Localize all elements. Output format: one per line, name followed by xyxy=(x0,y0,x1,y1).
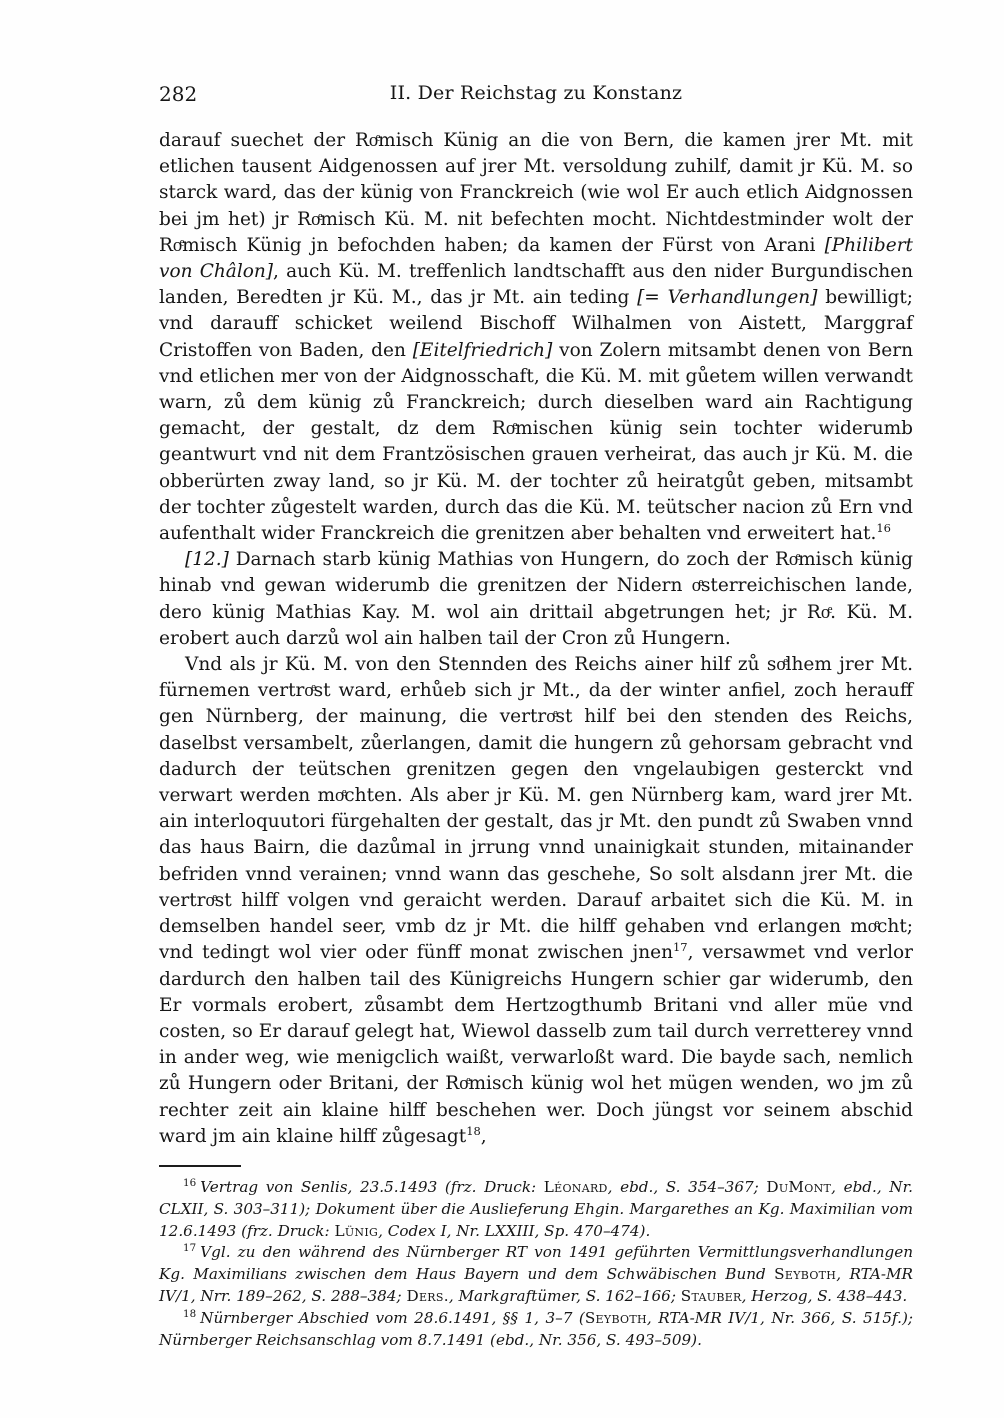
footnote-ref-18: 18 xyxy=(466,1124,481,1138)
footnote-text: , ebd., S. 354–367; xyxy=(608,1178,767,1196)
section-marker: [12.] xyxy=(185,549,229,570)
footnote-separator-rule xyxy=(159,1165,241,1167)
text-segment: Vnd als jr Kü. M. von den Stennden des R… xyxy=(159,654,913,963)
editorial-insertion: [Eitelfriedrich] xyxy=(413,340,553,361)
footnote-number: 17 xyxy=(183,1242,196,1254)
text-segment: von Zolern mitsambt denen von Bern vnd e… xyxy=(159,340,913,544)
footnote-text: , Codex I, Nr. LXXIII, Sp. 470–474). xyxy=(378,1222,650,1240)
footnote: 16Vertrag von Senlis, 23.5.1493 (frz. Dr… xyxy=(159,1177,913,1242)
book-page: 282 II. Der Reichstag zu Konstanz darauf… xyxy=(0,0,1004,1418)
footnote: 18Nürnberger Abschied vom 28.6.1491, §§ … xyxy=(159,1308,913,1352)
author-name: Seyboth xyxy=(774,1265,836,1283)
running-header: II. Der Reichstag zu Konstanz xyxy=(159,82,913,104)
footnotes-section: 16Vertrag von Senlis, 23.5.1493 (frz. Dr… xyxy=(159,1177,913,1351)
footnote-number: 18 xyxy=(183,1308,196,1320)
body-text: darauf suechet der Roͤmisch Künig an die… xyxy=(159,128,913,1150)
author-name: DuMont xyxy=(766,1178,831,1196)
paragraph: [12.] Darnach starb künig Mathias von Hu… xyxy=(159,547,913,652)
paragraph: Vnd als jr Kü. M. von den Stennden des R… xyxy=(159,652,913,1150)
footnote-text: , Markgraftümer, S. 162–166; xyxy=(449,1287,681,1305)
page-header: 282 II. Der Reichstag zu Konstanz xyxy=(159,82,913,108)
footnote-text: , Herzog, S. 438–443. xyxy=(742,1287,908,1305)
text-segment: , xyxy=(481,1126,487,1147)
author-name: Stauber xyxy=(681,1287,742,1305)
author-name: Lünig xyxy=(334,1222,378,1240)
author-name: Seyboth xyxy=(585,1309,647,1327)
author-name: Ders. xyxy=(406,1287,448,1305)
text-block: 282 II. Der Reichstag zu Konstanz darauf… xyxy=(159,82,913,1351)
page-number: 282 xyxy=(159,82,197,106)
footnote-ref-17: 17 xyxy=(673,940,688,954)
footnote-text: Nürnberger Abschied vom 28.6.1491, §§ 1,… xyxy=(200,1309,585,1327)
footnote-text: Vertrag von Senlis, 23.5.1493 (frz. Druc… xyxy=(200,1178,544,1196)
footnote-number: 16 xyxy=(183,1177,196,1189)
text-segment: , versawmet vnd verlor dardurch den halb… xyxy=(159,942,913,1146)
author-name: Léonard xyxy=(544,1178,608,1196)
text-segment: Darnach starb künig Mathias von Hungern,… xyxy=(159,549,913,649)
footnote-ref-16: 16 xyxy=(876,521,891,535)
paragraph: darauf suechet der Roͤmisch Künig an die… xyxy=(159,128,913,547)
text-segment: darauf suechet der Roͤmisch Künig an die… xyxy=(159,130,913,256)
footnote: 17Vgl. zu den während des Nürnberger RT … xyxy=(159,1242,913,1307)
editorial-insertion: [= Verhandlungen] xyxy=(637,287,817,308)
